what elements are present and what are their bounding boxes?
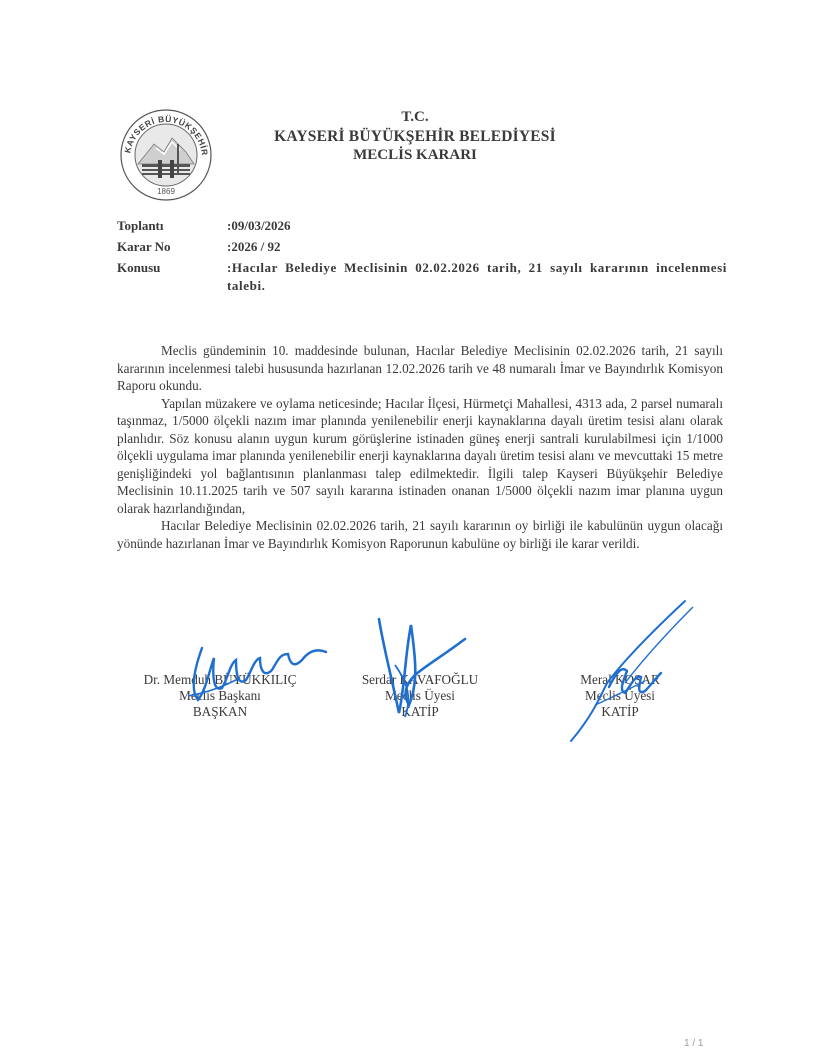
header-tc: T.C.: [250, 108, 580, 127]
signer-title: BAŞKAN: [125, 704, 315, 720]
decision-body: Meclis gündeminin 10. maddesinde bulunan…: [117, 342, 723, 552]
meta-label: Toplantı: [117, 215, 227, 236]
signature-block-clerk-2: Meral KOŞAR Meclis Üyesi KATİP: [560, 672, 680, 720]
body-paragraph: Meclis gündeminin 10. maddesinde bulunan…: [117, 342, 723, 395]
logo-year: 1869: [157, 187, 175, 196]
signer-title: KATİP: [560, 704, 680, 720]
municipality-logo: KAYSERİ BÜYÜKŞEHİR BELEDİYESİ 1869: [116, 108, 216, 202]
meta-label: Konusu: [117, 257, 227, 295]
meta-label: Karar No: [117, 236, 227, 257]
meta-row-subject: Konusu :Hacılar Belediye Meclisinin 02.0…: [117, 257, 727, 295]
document-header: T.C. KAYSERİ BÜYÜKŞEHİR BELEDİYESİ MECLİ…: [250, 108, 580, 165]
meta-row-meeting: Toplantı :09/03/2026: [117, 215, 727, 236]
signer-role: Meclis Üyesi: [560, 688, 680, 704]
signer-name: Dr. Memduh BÜYÜKKILIÇ: [125, 672, 315, 688]
signer-name: Meral KOŞAR: [560, 672, 680, 688]
signer-role: Meclis Üyesi: [345, 688, 495, 704]
handwritten-signature-3: [565, 595, 695, 745]
meta-value: :Hacılar Belediye Meclisinin 02.02.2026 …: [227, 257, 727, 295]
decision-meta: Toplantı :09/03/2026 Karar No :2026 / 92…: [117, 215, 727, 295]
signer-role: Meclis Başkanı: [125, 688, 315, 704]
header-institution: KAYSERİ BÜYÜKŞEHİR BELEDİYESİ: [250, 127, 580, 146]
signature-block-clerk-1: Serdar KAVAFOĞLU Meclis Üyesi KATİP: [345, 672, 495, 720]
meta-row-decision-no: Karar No :2026 / 92: [117, 236, 727, 257]
body-paragraph: Yapılan müzakere ve oylama neticesinde; …: [117, 395, 723, 518]
page-number: 1 / 1: [684, 1038, 703, 1049]
meta-value: :09/03/2026: [227, 215, 727, 236]
signer-name: Serdar KAVAFOĞLU: [345, 672, 495, 688]
meta-value: :2026 / 92: [227, 236, 727, 257]
header-doc-type: MECLİS KARARI: [250, 146, 580, 165]
signer-title: KATİP: [345, 704, 495, 720]
body-paragraph: Hacılar Belediye Meclisinin 02.02.2026 t…: [117, 517, 723, 552]
signature-block-chairman: Dr. Memduh BÜYÜKKILIÇ Meclis Başkanı BAŞ…: [125, 672, 315, 720]
